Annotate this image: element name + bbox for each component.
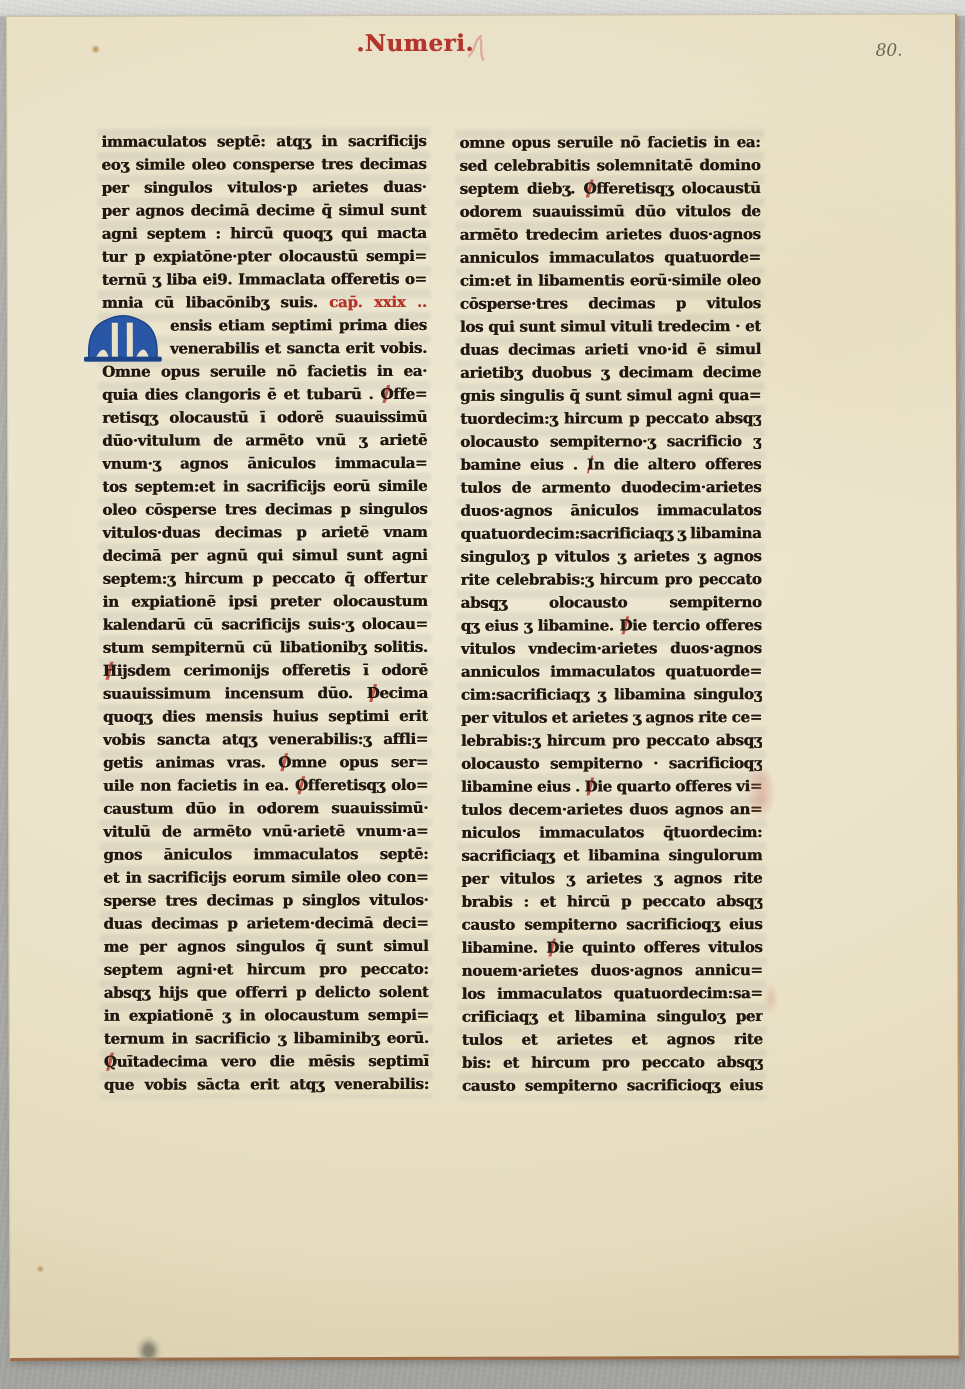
text-line: cim:sacrificiaqʒ ʒ libamina singuloʒ [461,683,762,707]
text-line: per singulos vitulos·p arietes duas· [101,176,426,200]
text-line: per vitulos et arietes ʒ agnos rite ce= [461,706,762,730]
text-line: sed celebrabitis solemnitatē domino [459,154,760,178]
text-line: uile non facietis in ea. Offeretisqʒ olo… [103,774,428,798]
text-line: septem agni·et hircum pro peccato: [103,958,428,982]
text-line: tulos decem·arietes duos agnos an= [461,798,762,822]
text-line: bamine eius . In die altero offeres vi= [460,453,761,477]
text-line: odorem suauissimū dūo vitulos de [459,200,760,224]
text-line: arietibʒ duobus ʒ decimam decime a= [460,361,761,385]
text-line: in expiationē ipsi preter olocaustum [103,590,428,614]
text-line: los immaculatos quatuordecim:sa= [462,982,763,1006]
text-line: caustum dūo in odorem suauissimū· [103,797,428,821]
text-line: crificiaqʒ et libamina singuloʒ per vi= [462,1005,763,1029]
text-line: olocausto sempiterno · sacrificioqʒ et [461,752,762,776]
text-line: duos·agnos āniculos immaculatos [460,499,761,523]
text-line: qʒ eius ʒ libamine. Die tercio offeres [461,614,762,638]
text-line: in expiationē ʒ in olocaustum sempi= [104,1004,429,1028]
text-line: vitulos·duas decimas p arietē vnam [102,521,427,545]
text-line: me per agnos singulos q̄ sunt simul [103,935,428,959]
text-line: los qui sunt simul vituli tredecim · et [460,315,761,339]
text-line: dūo·vitulum de armēto vnū ʒ arietē [102,429,427,453]
text-line: getis animas vras. Omne opus ser= [103,751,428,775]
text-line: libamine eius . Die quarto offeres vi= [461,775,762,799]
red-ink-offset-smudge [764,983,778,1015]
text-line: agni septem : hircū quoqʒ qui macta [102,222,427,246]
text-line: quatuordecim:sacrificiaqʒ ʒ libamina [460,522,761,546]
text-line: anniculos immaculatos quatuorde= [460,246,761,270]
text-line: omne opus seruile nō facietis in ea: [459,131,760,155]
text-line: decimā per agnū qui simul sunt agni [102,544,427,568]
text-line: armēto tredecim arietes duos·agnos [460,223,761,247]
text-line: immaculatos septē: atqʒ in sacrificijs [101,130,426,154]
text-line: Quītadecima vero die mēsis septimī [104,1050,429,1074]
text-line: rite celebrabis:ʒ hircum pro peccato [460,568,761,592]
text-line: cōsperse·tres decimas p vitulos singu= [460,292,761,316]
text-line: ternū ʒ liba ei9. Immaclata offeretis o= [102,268,427,292]
rubricator-flourish-mark [459,34,493,64]
text-line: anniculos immaculatos quatuorde= [461,660,762,684]
text-line: quoqʒ dies mensis huius septimi erit [103,705,428,729]
text-line: oleo cōsperse tres decimas p singulos [102,498,427,522]
text-line: olocausto sempiterno·ʒ sacrificio ʒ li= [460,430,761,454]
text-line: et in sacrificijs eorum simile oleo con= [103,866,428,890]
text-line: duas decimas p arietem·decimā deci= [103,912,428,936]
text-line: tulos de armento duodecim·arietes [460,476,761,500]
text-line: absqʒ hijs que offerri p delicto solent [104,981,429,1005]
text-line: kalendarū cū sacrificijs suis·ʒ olocau= [103,613,428,637]
text-line: nouem·arietes duos·agnos annicu= [461,959,762,983]
text-line: sperse tres decimas p singlos vitulos· [103,889,428,913]
text-line: vnum·ʒ agnos āniculos immacula= [102,452,427,476]
text-line: vitulū de armēto vnū·arietē vnum·a= [103,820,428,844]
text-line: niculos immaculatos q̄tuordecim: [461,821,762,845]
small-stain [91,45,100,54]
text-line: causto sempiterno sacrificioqʒ eius et [462,1074,763,1098]
text-line: sacrificiaqʒ et libamina singulorum [461,844,762,868]
text-line: septem diebʒ. Offeretisqʒ olocaustū in [459,177,760,201]
text-line: gnis singulis q̄ sunt simul agni qua= [460,384,761,408]
running-title: .Numeri. [355,29,475,59]
text-line: lebrabis:ʒ hircum pro peccato absqʒ [461,729,762,753]
text-line: retisqʒ olocaustū ī odorē suauissimū [102,406,427,430]
small-stain [36,1265,44,1273]
text-line: causto sempiterno sacrificioqʒ eius et [461,913,762,937]
folio-number: 80. [859,41,919,65]
text-line: eoʒ simile oleo consperse tres decimas [101,153,426,177]
text-line: que vobis sācta erit atqʒ venerabilis: [104,1073,429,1097]
text-line: septem:ʒ hircum p peccato q̄ offertur [102,567,427,591]
text-line: per vitulos ʒ arietes ʒ agnos rite cele= [461,867,762,891]
text-line: tur p expiatōne·pter olocaustū sempi= [102,245,427,269]
text-line: absqʒ olocausto sempiterno sacrificio [461,591,762,615]
text-line: tuordecim:ʒ hircum p peccato absqʒ [460,407,761,431]
drop-cap-initial-M: M [84,314,162,364]
text-line: gnos āniculos immaculatos septē: [103,843,428,867]
text-column-right: omne opus seruile nō facietis in ea:sed … [459,131,763,1098]
text-line: vobis sancta atqʒ venerabilis:ʒ affli= [103,728,428,752]
text-line: mnia cū libacōnibʒ suis. cap̄. xxix .. [102,291,427,315]
text-line: tos septem:et in sacrificijs eorū simile [102,475,427,499]
red-ink-offset-smudge [747,763,775,821]
text-line: duas decimas arieti vno·id ē simul [460,338,761,362]
text-line: libamine. Die quinto offeres vitulos [461,936,762,960]
wormhole-stain [134,1335,162,1367]
text-line: ternum in sacrificio ʒ libaminibʒ eorū. [104,1027,429,1051]
text-line: tulos et arietes et agnos rite celebra= [462,1028,763,1052]
text-line: stum sempiternū cū libationibʒ solitis. [103,636,428,660]
text-line: suauissimum incensum dūo. Decima [103,682,428,706]
text-line: quia dies clangoris ē et tubarū . Offe= [102,383,427,407]
text-line: bis: et hircum pro peccato absqʒ olo= [462,1051,763,1075]
text-line: brabis : et hircū p peccato absqʒ olo= [461,890,762,914]
text-line: singuloʒ p vitulos ʒ arietes ʒ agnos [460,545,761,569]
text-line: Hijsdem cerimonijs offeretis ī odorē [103,659,428,683]
text-column-left: immaculatos septē: atqʒ in sacrificijseo… [101,130,429,1097]
text-line: cim:et in libamentis eorū·simile oleo [460,269,761,293]
lombardic-m-icon [84,314,162,364]
parchment-page: .Numeri. 80. immaculatos septē: atqʒ in … [6,14,961,1361]
text-line: per agnos decimā decime q̄ simul sunt [101,199,426,223]
text-line: vitulos vndecim·arietes duos·agnos [461,637,762,661]
